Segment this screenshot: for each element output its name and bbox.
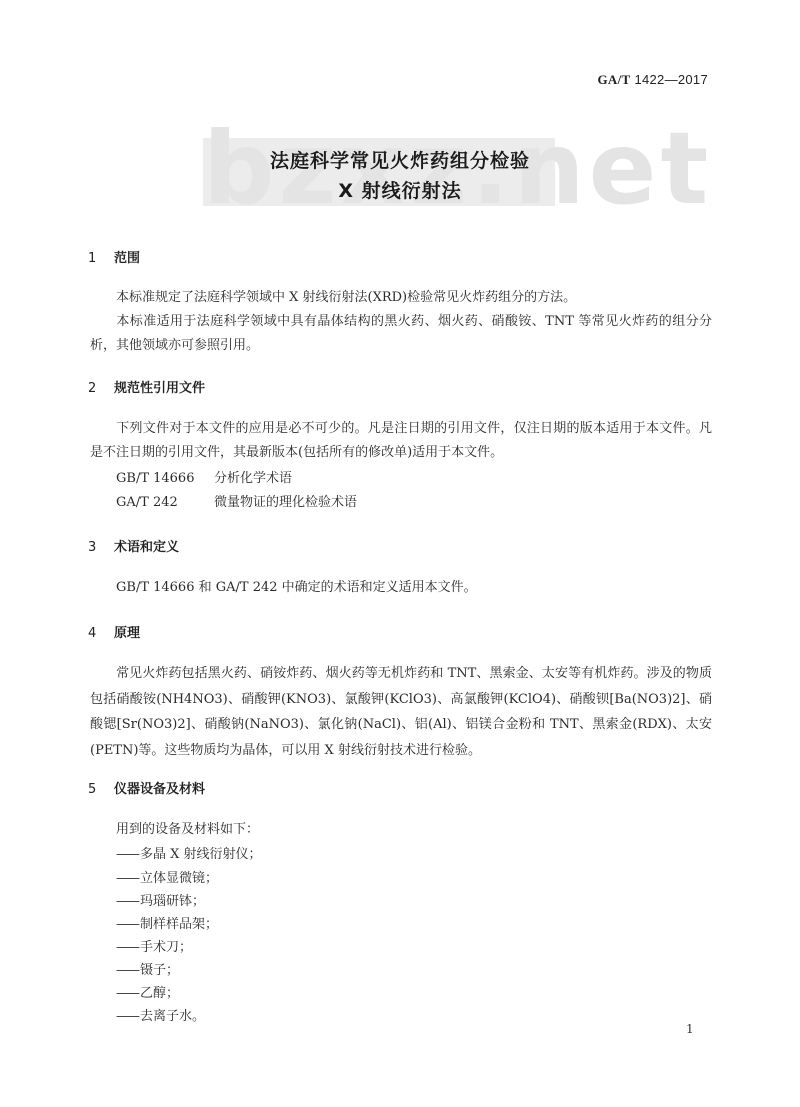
terms-paragraph: GB/T 14666 和 GA/T 242 中确定的术语和定义适用本文件。 xyxy=(116,576,477,595)
reference-title: 分析化学术语 xyxy=(214,471,292,486)
item-text: 手术刀； xyxy=(140,940,192,955)
list-dash: —— xyxy=(116,963,138,978)
equipment-item: ——立体显微镜； xyxy=(116,867,218,886)
section-title: 原理 xyxy=(114,626,140,641)
list-dash: —— xyxy=(116,940,138,955)
equipment-item: ——制样样品架； xyxy=(116,913,218,932)
section-number: 2 xyxy=(88,381,114,396)
list-dash: —— xyxy=(116,1009,138,1024)
section-number: 5 xyxy=(88,782,114,797)
item-text: 乙醇； xyxy=(140,986,179,1001)
section-heading-equipment: 5仪器设备及材料 xyxy=(88,778,205,797)
item-text: 制样样品架； xyxy=(140,917,218,932)
equipment-item: ——镊子； xyxy=(116,959,179,978)
equipment-intro: 用到的设备及材料如下： xyxy=(116,818,259,837)
item-text: 多晶 X 射线衍射仪； xyxy=(140,847,262,862)
paragraph-text: 本标准规定了法庭科学领域中 X 射线衍射法(XRD)检验常见火炸药组分的方法。 xyxy=(116,290,576,305)
reference-code: GA/T 242 xyxy=(116,495,214,510)
page-number: 1 xyxy=(686,1022,694,1036)
standard-code-prefix: GA/T xyxy=(597,72,630,87)
section-number: 1 xyxy=(88,251,114,266)
section-heading-normative-references: 2规范性引用文件 xyxy=(88,377,205,396)
document-title-line1: 法庭科学常见火炸药组分检验 xyxy=(0,146,800,173)
standard-code-number: 1422—2017 xyxy=(634,72,708,87)
standard-code: GA/T1422—2017 xyxy=(597,72,708,88)
section-title: 规范性引用文件 xyxy=(114,381,205,396)
item-text: 玛瑙研钵； xyxy=(140,894,205,909)
list-dash: —— xyxy=(116,986,138,1001)
section-title: 范围 xyxy=(114,251,140,266)
section-heading-terms: 3术语和定义 xyxy=(88,536,179,555)
section-heading-scope: 1范围 xyxy=(88,247,140,266)
paragraph-text: 下列文件对于本文件的应用是必不可少的。凡是注日期的引用文件，仅注日期的版本适用于… xyxy=(90,421,712,460)
item-text: 镊子； xyxy=(140,963,179,978)
paragraph-text: 本标准适用于法庭科学领域中具有晶体结构的黑火药、烟火药、硝酸铵、TNT 等常见火… xyxy=(90,314,712,353)
reference-title: 微量物证的理化检验术语 xyxy=(214,495,357,510)
equipment-item: ——去离子水。 xyxy=(116,1005,205,1024)
list-dash: —— xyxy=(116,894,138,909)
references-paragraph: 下列文件对于本文件的应用是必不可少的。凡是注日期的引用文件，仅注日期的版本适用于… xyxy=(90,417,712,465)
section-title: 仪器设备及材料 xyxy=(114,782,205,797)
section-number: 4 xyxy=(88,626,114,641)
paragraph-text: 常见火炸药包括黑火药、硝铵炸药、烟火药等无机炸药和 TNT、黑索金、太安等有机炸… xyxy=(90,666,712,758)
section-number: 3 xyxy=(88,540,114,555)
list-dash: —— xyxy=(116,917,138,932)
item-text: 立体显微镜； xyxy=(140,871,218,886)
equipment-item: ——乙醇； xyxy=(116,982,179,1001)
document-title-line2: X 射线衍射法 xyxy=(0,176,800,203)
reference-item: GB/T 14666分析化学术语 xyxy=(116,467,292,486)
section-heading-principle: 4原理 xyxy=(88,622,140,641)
equipment-item: ——玛瑙研钵； xyxy=(116,890,205,909)
list-dash: —— xyxy=(116,847,138,862)
item-text: 去离子水。 xyxy=(140,1009,205,1024)
scope-paragraph-1: 本标准规定了法庭科学领域中 X 射线衍射法(XRD)检验常见火炸药组分的方法。 xyxy=(90,286,712,310)
reference-item: GA/T 242微量物证的理化检验术语 xyxy=(116,491,357,510)
list-dash: —— xyxy=(116,871,138,886)
principle-paragraph: 常见火炸药包括黑火药、硝铵炸药、烟火药等无机炸药和 TNT、黑索金、太安等有机炸… xyxy=(90,661,712,763)
section-title: 术语和定义 xyxy=(114,540,179,555)
equipment-item: ——手术刀； xyxy=(116,936,192,955)
reference-code: GB/T 14666 xyxy=(116,471,214,486)
equipment-item: ——多晶 X 射线衍射仪； xyxy=(116,843,262,862)
scope-paragraph-2: 本标准适用于法庭科学领域中具有晶体结构的黑火药、烟火药、硝酸铵、TNT 等常见火… xyxy=(90,310,712,358)
